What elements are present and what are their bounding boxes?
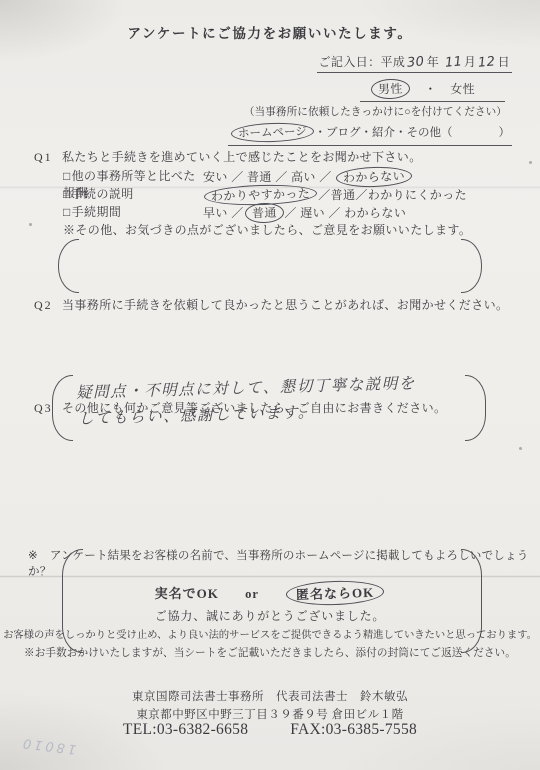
q1-question-line: Q1私たちと手続きを進めていく上で感じたことをお聞かせ下さい。	[34, 148, 422, 165]
date-month-handwritten: 11	[444, 54, 463, 70]
q1-number: Q1	[34, 150, 62, 165]
date-day-unit: 日	[498, 55, 510, 69]
closing-return-note: ※お手数おかけいたしますが、当シートをご記載いただきましたら、添付の封筒にてご返…	[0, 645, 540, 660]
footer-address: 東京都中野区中野三丁目３９番９号 倉田ビル１階	[0, 706, 540, 722]
publish-options-line: 実名でOK or 匿名ならOK	[0, 581, 540, 605]
footer-contact-line: TEL:03-6382-6658FAX:03-6385-7558	[0, 721, 540, 739]
referral-note: （当事務所に依頼したきっかけに○を付けてください）	[244, 104, 507, 119]
footer-fax: FAX:03-6385-7558	[290, 721, 417, 738]
page-title: アンケートにご協力をお願いいたします。	[0, 22, 540, 42]
scan-speck	[29, 223, 32, 226]
q3-question: その他にも何かご意見等ございましたら、ご自由にお書きください。	[62, 401, 446, 415]
publish-question-line: ※アンケート結果をお客様の名前で、当事務所のホームページに掲載してもよろしいでし…	[28, 547, 540, 579]
q2-number: Q2	[34, 298, 62, 313]
publish-anonymous-option-circled: 匿名ならOK	[286, 579, 385, 606]
date-year-unit: 年	[427, 55, 439, 69]
date-month-unit: 月	[464, 55, 476, 69]
gender-line: 男性 ・ 女性	[360, 79, 505, 102]
fill-date-line: ご記入日：平成30年 11月12日	[317, 53, 512, 73]
date-label: ご記入日：平成	[319, 55, 406, 69]
gender-separator: ・	[424, 82, 436, 96]
q1-comment-box	[58, 239, 482, 293]
q1-row-fee-options: 安い ／ 普通 ／ 高い ／	[203, 170, 332, 184]
publish-question-mark: ※	[28, 550, 38, 562]
referral-selected-circled: ホームページ	[230, 122, 313, 144]
referral-options: ・ブログ・紹介・その他（ ）	[315, 127, 511, 139]
q1-note: ※その他、お気づきの点がございましたら、ご意見をお願いいたします。	[63, 221, 471, 238]
q2-question-line: Q2当事務所に手続きを依頼して良かったと思うことがあれば、お聞かせください。	[34, 296, 508, 313]
q3-question-line: Q3その他にも何かご意見等ございましたら、ご自由にお書きください。	[34, 399, 446, 416]
publish-real-name-option: 実名でOK	[155, 586, 219, 601]
q1-row-duration-options: ／ 遅い ／ わからない	[284, 206, 406, 220]
checkbox-icon: □	[63, 187, 71, 201]
gender-male-circled: 男性	[371, 78, 410, 99]
gender-female: 女性	[450, 82, 475, 96]
scanned-survey-form: アンケートにご協力をお願いいたします。 ご記入日：平成30年 11月12日 男性…	[0, 0, 540, 770]
closing-thanks: ご協力、誠にありがとうございました。	[0, 607, 540, 624]
date-year-handwritten: 30	[407, 54, 426, 70]
q1-question: 私たちと手続きを進めていく上で感じたことをお聞かせ下さい。	[62, 150, 422, 164]
checkbox-icon: □	[63, 205, 71, 219]
footer-tel: TEL:03-6382-6658	[123, 721, 248, 738]
q2-question: 当事務所に手続きを依頼して良かったと思うことがあれば、お聞かせください。	[62, 298, 508, 312]
q1-row-explanation-label: 手続の説明	[72, 187, 134, 201]
q3-number: Q3	[34, 401, 62, 416]
publish-question: アンケート結果をお客様の名前で、当事務所のホームページに掲載してもよろしいでしょ…	[28, 550, 528, 578]
publish-or: or	[245, 587, 259, 601]
scan-speck	[529, 161, 532, 164]
referral-line: ホームページ・ブログ・紹介・その他（ ）	[228, 123, 512, 146]
closing-message: お客様の声をしっかりと受け止め、より良い法的サービスをご提供できるよう精進してい…	[0, 626, 540, 641]
footer-office-name: 東京国際司法書士事務所 代表司法書士 鈴木敏弘	[0, 688, 540, 704]
scan-speck	[519, 447, 522, 450]
date-day-handwritten: 12	[478, 54, 497, 70]
q1-row-explanation-options: ／普通／わかりにくかった	[318, 188, 467, 202]
checkbox-icon: □	[63, 169, 71, 183]
q1-row-duration-label: 手続期間	[72, 205, 122, 219]
q1-row-duration-options-pre: 早い ／	[203, 206, 244, 220]
q1-row-duration: □手続期間 早い ／普通／ 遅い ／ わからない	[63, 203, 406, 223]
